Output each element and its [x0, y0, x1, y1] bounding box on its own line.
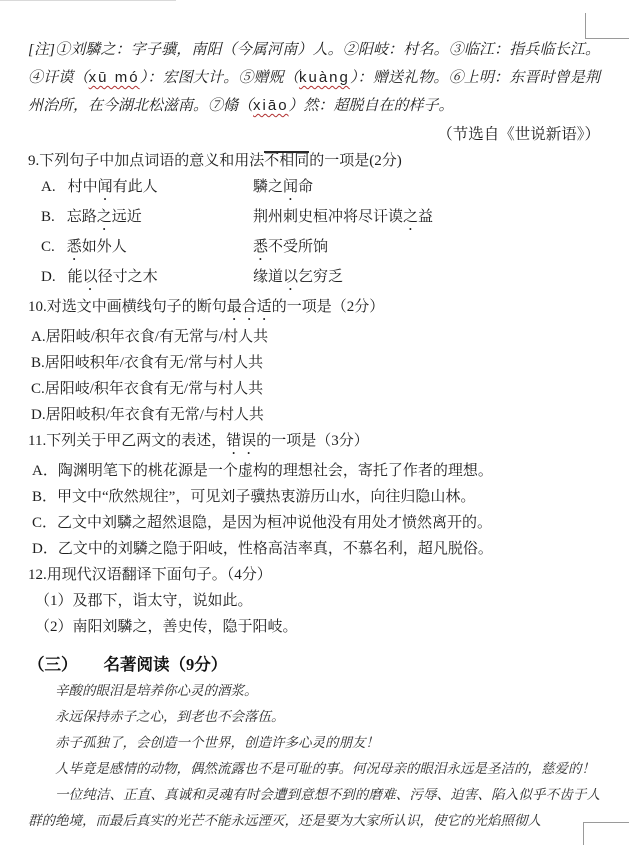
q9-option-d-left: D.能以径寸之木 [41, 264, 253, 294]
famous-work-passage: 辛酸的眼泪是培养你心灵的酒浆。 永远保持赤子之心，到老也不会落伍。 赤子孤独了，… [28, 678, 600, 834]
passage-paragraph-2: 永远保持赤子之心，到老也不会落伍。 [28, 704, 600, 730]
q10-option-c: C.居阳岐/积年衣食有无/常与村人共 [28, 376, 600, 402]
q10-stem-emphasis: 最合适 [227, 299, 272, 315]
section-3-title: 名著阅读（9分） [104, 655, 228, 674]
q9-option-c: C.悉如外人 悉不受所饷 [28, 234, 600, 264]
q9-option-b-left: B.忘路之远近 [41, 204, 253, 234]
q9-option-a-left: A.村中闻有此人 [41, 174, 253, 204]
note-text-2: ）：宏图大计。⑤赠贶（ [140, 70, 299, 86]
q9-option-a-right: 驎之闻命 [253, 174, 313, 204]
question-9-stem: 9.下列句子中加点词语的意义和用法不相同的一项是(2分) [28, 148, 600, 174]
pinyin-kuang: kuàng [299, 69, 350, 86]
question-12: 12.用现代汉语翻译下面句子。（4分） （1）及郡下，诣太守，说如此。 （2）南… [28, 562, 600, 640]
note-text-4: ）然：超脱自在的样子。 [289, 98, 454, 114]
q10-option-a: A.居阳岐/积年衣食/有无常与/村人共 [28, 324, 600, 350]
annotation-note-paragraph: [注]①刘驎之：字子骥，南阳（今属河南）人。②阳岐：村名。③临江：指兵临长江。④… [28, 36, 600, 120]
q9-option-d-right: 缘道以乞穷乏 [253, 264, 343, 294]
passage-paragraph-1: 辛酸的眼泪是培养你心灵的酒浆。 [28, 678, 600, 704]
q11-option-d: D．乙文中的刘驎之隐于阳岐，性格高洁率真，不慕名利，超凡脱俗。 [28, 536, 600, 562]
text-boundary-mark-bottom-right [583, 822, 629, 845]
q9-option-b-right: 荆州刺史桓冲将尽讦谟之益 [253, 204, 433, 234]
q11-stem-pre: 11.下列关于甲乙两文的表述， [28, 433, 226, 449]
q10-stem-pre: 10.对选文中画横线句子的断句 [28, 299, 227, 315]
passage-paragraph-5: 一位纯洁、正直、真诚和灵魂有时会遭到意想不到的磨难、污辱、迫害、陷入似乎不齿于人… [28, 782, 600, 834]
document-page: [注]①刘驎之：字子骥，南阳（今属河南）人。②阳岐：村名。③临江：指兵临长江。④… [0, 0, 629, 859]
q9-option-a-label: A. [41, 179, 56, 195]
pinyin-xiao: xiāo [253, 97, 289, 114]
section-3-number: （三） [28, 655, 78, 674]
pinyin-xumo: xū mó [89, 69, 140, 86]
q9-stem-pre: 9.下列句子中加点词语的意义和用法 [28, 153, 264, 169]
q9-option-c-label: C. [41, 239, 55, 255]
q9-option-b-label: B. [41, 209, 55, 225]
q9-option-d-label: D. [41, 269, 56, 285]
q9-option-d: D.能以径寸之木 缘道以乞穷乏 [28, 264, 600, 294]
q10-option-d: D.居阳岐积/年衣食有无常/与村人共 [28, 402, 600, 428]
q11-stem-emphasis: 错误 [226, 433, 256, 449]
q9-stem-emphasis: 不相同 [264, 151, 309, 169]
q10-stem-post: 的一项是（2分） [272, 299, 385, 315]
q9-option-c-right: 悉不受所饷 [253, 234, 328, 264]
q9-option-a: A.村中闻有此人 驎之闻命 [28, 174, 600, 204]
question-11: 11.下列关于甲乙两文的表述，错误的一项是（3分） A．陶渊明笔下的桃花源是一个… [28, 428, 600, 562]
passage-paragraph-3: 赤子孤独了，会创造一个世界，创造许多心灵的朋友！ [28, 730, 600, 756]
question-11-stem: 11.下列关于甲乙两文的表述，错误的一项是（3分） [28, 428, 600, 458]
q11-option-b: B．甲文中“欣然规往”，可见刘子骥热衷游历山水，向往归隐山林。 [28, 484, 600, 510]
q9-option-b: B.忘路之远近 荆州刺史桓冲将尽讦谟之益 [28, 204, 600, 234]
question-10: 10.对选文中画横线句子的断句最合适的一项是（2分） A.居阳岐/积年衣食/有无… [28, 294, 600, 428]
question-12-stem: 12.用现代汉语翻译下面句子。（4分） [28, 562, 600, 588]
q12-item-2: （2）南阳刘驎之，善史传，隐于阳岐。 [28, 614, 600, 640]
q11-stem-post: 的一项是（3分） [256, 433, 369, 449]
question-10-stem: 10.对选文中画横线句子的断句最合适的一项是（2分） [28, 294, 600, 324]
q12-item-1: （1）及郡下，诣太守，说如此。 [28, 588, 600, 614]
text-boundary-mark-top-right [585, 13, 629, 39]
scan-edge-artifact [0, 0, 176, 1]
source-attribution: （节选自《世说新语》） [28, 122, 600, 148]
question-9: 9.下列句子中加点词语的意义和用法不相同的一项是(2分) A.村中闻有此人 驎之… [28, 148, 600, 294]
section-3-header: （三）名著阅读（9分） [28, 652, 600, 678]
q9-stem-post: 的一项是(2分) [309, 153, 402, 169]
q10-option-b: B.居阳岐积年/衣食有无/常与村人共 [28, 350, 600, 376]
q11-option-c: C．乙文中刘驎之超然退隐，是因为桓冲说他没有用处才愤然离开的。 [28, 510, 600, 536]
q11-option-a: A．陶渊明笔下的桃花源是一个虚构的理想社会，寄托了作者的理想。 [28, 458, 600, 484]
q9-option-c-left: C.悉如外人 [41, 234, 253, 264]
passage-paragraph-4: 人毕竟是感情的动物，偶然流露也不是可耻的事。何况母亲的眼泪永远是圣洁的，慈爱的！ [28, 756, 600, 782]
